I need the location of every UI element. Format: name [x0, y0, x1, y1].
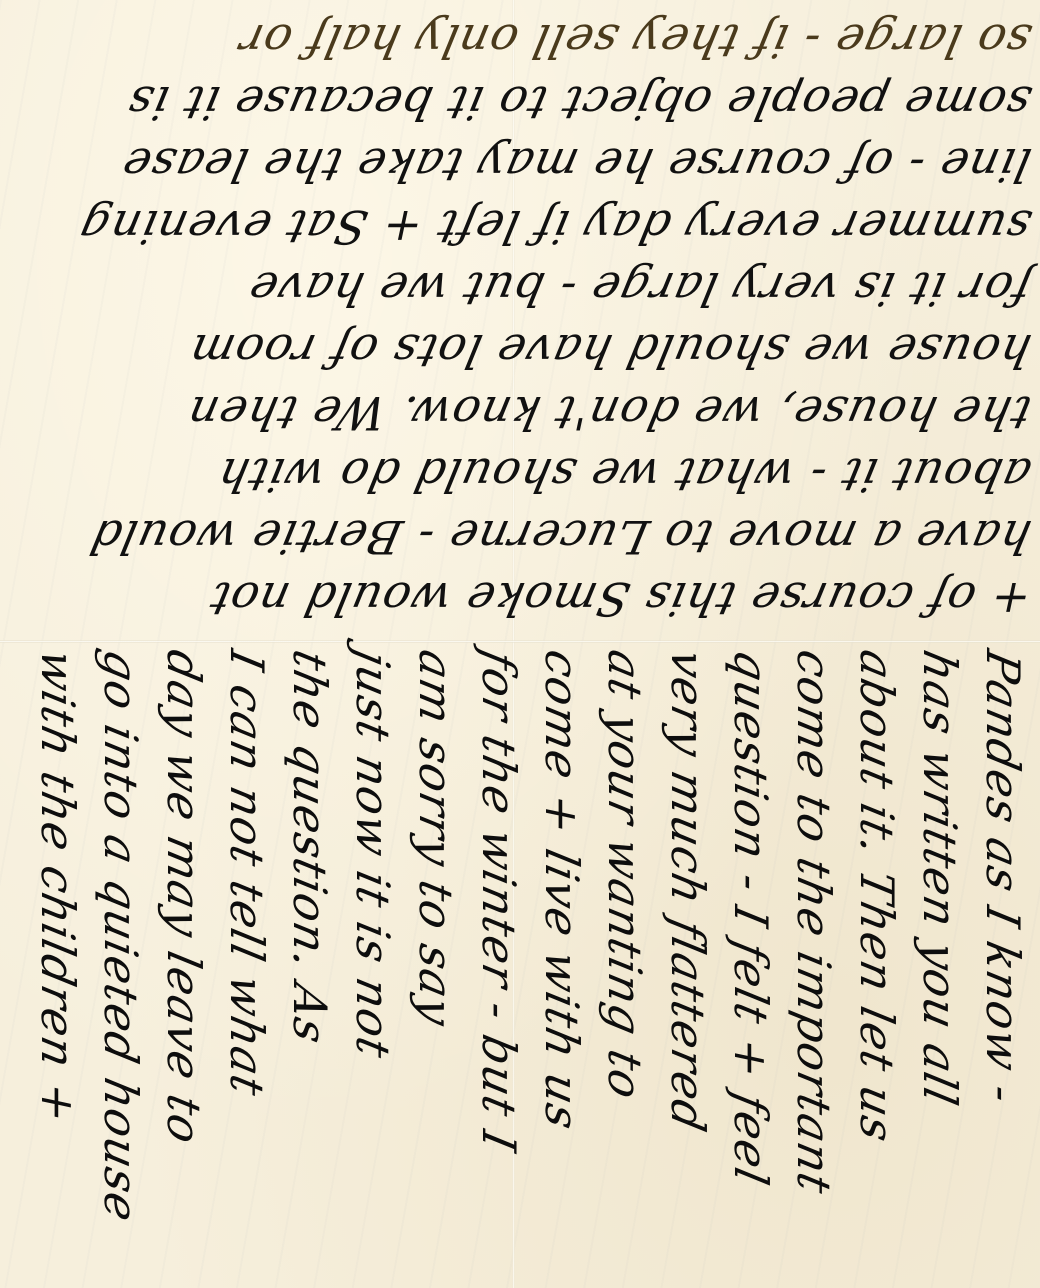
letter-page: + of course this Smoke would not have a …	[0, 0, 1040, 1288]
handwritten-line: house we should have lots of room	[13, 320, 1036, 382]
top-section: + of course this Smoke would not have a …	[0, 0, 1040, 640]
handwritten-line: the question. As	[278, 644, 341, 1287]
handwritten-line: with the children +	[26, 644, 89, 1287]
handwritten-line: have a move to Lucerne - Bertie would	[13, 506, 1036, 568]
handwritten-line: come + live with us	[530, 644, 593, 1287]
bottom-section: Pandes as I know - has written you all a…	[0, 643, 1040, 1288]
handwritten-line: + of course this Smoke would not	[13, 568, 1036, 630]
bottom-section-rotated-90: Pandes as I know - has written you all a…	[0, 643, 1040, 1288]
handwritten-line: summer every day if left + Sat evening	[13, 196, 1036, 258]
handwritten-line-faded: so large - if they sell only half or	[13, 10, 1036, 72]
top-section-lines: + of course this Smoke would not have a …	[20, 10, 1040, 630]
handwritten-line: for the winter - but I	[467, 644, 530, 1287]
handwritten-line: about it. Then let us	[845, 644, 908, 1287]
handwritten-line: am sorry to say	[404, 644, 467, 1287]
handwritten-line: I can not tell what	[215, 644, 278, 1287]
handwritten-line: Pandes as I know -	[971, 644, 1034, 1287]
handwritten-line: some people object to it because it is	[13, 72, 1036, 134]
bottom-section-lines: Pandes as I know - has written you all a…	[26, 651, 1034, 1281]
handwritten-line: about it - what we should do with	[13, 444, 1036, 506]
handwritten-line: the house, we don't know. We then	[13, 382, 1036, 444]
handwritten-line: has written you all	[908, 644, 971, 1287]
handwritten-line: at your wanting to	[593, 644, 656, 1287]
handwritten-line: just now it is not	[341, 644, 404, 1287]
handwritten-line: very much flattered	[656, 644, 719, 1287]
handwritten-line: line - of course he may take the lease	[13, 134, 1036, 196]
handwritten-line: for it is very large - but we have	[13, 258, 1036, 320]
handwritten-line: day we may leave to	[152, 644, 215, 1287]
handwritten-line: go into a quieted house	[89, 644, 152, 1287]
handwritten-line: come to the important	[782, 644, 845, 1287]
top-section-rotated-180: + of course this Smoke would not have a …	[0, 0, 1040, 640]
handwritten-line: question - I felt + feel	[719, 644, 782, 1287]
